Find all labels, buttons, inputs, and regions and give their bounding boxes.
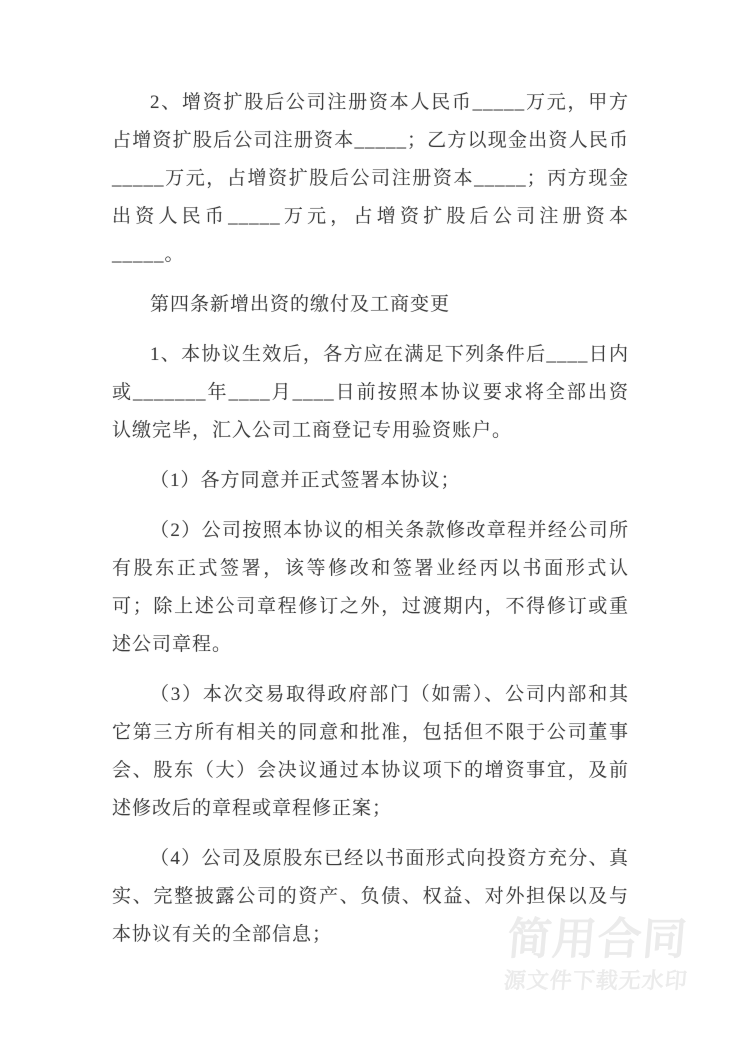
- condition-item-3: （3）本次交易取得政府部门（如需）、公司内部和其它第三方所有相关的同意和批准，包…: [112, 676, 629, 828]
- watermark-subtitle: 源文件下载无水印: [503, 968, 689, 994]
- document-page: 2、增资扩股后公司注册资本人民币_____万元，甲方占增资扩股后公司注册资本__…: [0, 0, 742, 1049]
- condition-item-2: （2）公司按照本协议的相关条款修改章程并经公司所有股东正式签署，该等修改和签署业…: [112, 512, 629, 664]
- condition-item-1: （1）各方同意并正式签署本协议；: [112, 462, 629, 500]
- paragraph-payment-deadline: 1、本协议生效后，各方应在满足下列条件后____日内或_______年____月…: [112, 336, 629, 450]
- article-4-heading: 第四条新增出资的缴付及工商变更: [112, 286, 629, 324]
- paragraph-registered-capital: 2、增资扩股后公司注册资本人民币_____万元，甲方占增资扩股后公司注册资本__…: [112, 84, 629, 274]
- watermark-title: 简用合同: [505, 916, 693, 964]
- contract-body: 2、增资扩股后公司注册资本人民币_____万元，甲方占增资扩股后公司注册资本__…: [112, 84, 629, 966]
- watermark: 简用合同 源文件下载无水印: [503, 916, 694, 994]
